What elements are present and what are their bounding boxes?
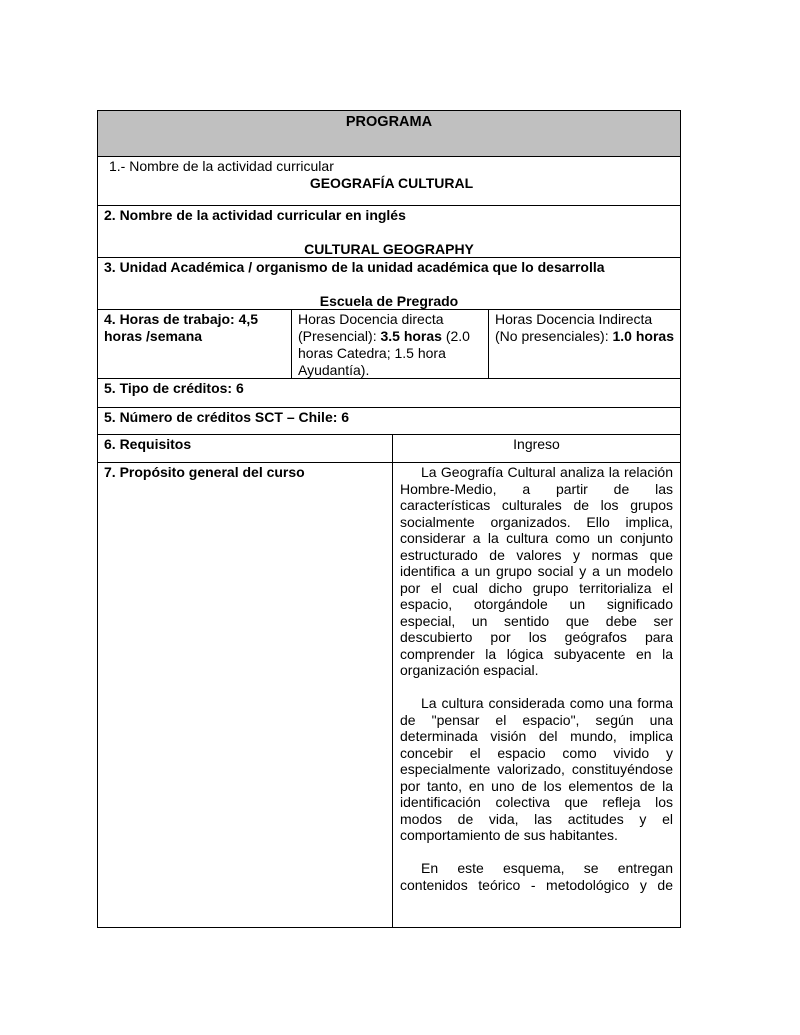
english-name-label: 2. Nombre de la actividad curricular en … [104,207,674,224]
sct-credits-label: 5. Número de créditos SCT – Chile: 6 [98,408,680,434]
sct-credits-row: 5. Número de créditos SCT – Chile: 6 [98,408,680,435]
academic-unit-cell: 3. Unidad Académica / organismo de la un… [98,258,680,309]
english-name-cell: 2. Nombre de la actividad curricular en … [98,206,680,257]
requirements-row: 6. Requisitos Ingreso [98,435,680,463]
credit-type-row: 5. Tipo de créditos: 6 [98,379,680,408]
purpose-paragraph: En este esquema, se entregan contenidos … [400,860,673,893]
course-purpose-row: 7. Propósito general del curso La Geogra… [98,463,680,927]
course-purpose-label: 7. Propósito general del curso [98,463,392,927]
english-name-value: CULTURAL GEOGRAPHY [104,241,674,258]
credit-type-label: 5. Tipo de créditos: 6 [98,379,680,407]
indirect-hours-cell: Horas Docencia Indirecta (No presenciale… [488,310,680,378]
direct-hours-cell: Horas Docencia directa (Presencial): 3.5… [291,310,488,378]
program-title: PROGRAMA [98,111,680,156]
academic-unit-label: 3. Unidad Académica / organismo de la un… [104,259,674,276]
activity-name-cell: 1.- Nombre de la actividad curricular GE… [98,157,680,205]
purpose-paragraph: La Geografía Cultural analiza la relació… [400,464,673,679]
program-table: PROGRAMA 1.- Nombre de la actividad curr… [97,110,681,928]
work-hours-row: 4. Horas de trabajo: 4,5 horas /semana H… [98,310,680,379]
academic-unit-row: 3. Unidad Académica / organismo de la un… [98,258,680,310]
requirements-value: Ingreso [392,435,680,462]
course-purpose-text: La Geografía Cultural analiza la relació… [392,463,680,927]
indirect-hours-value: 1.0 horas [613,328,674,344]
requirements-label: 6. Requisitos [98,435,392,462]
activity-name-label: 1.- Nombre de la actividad curricular [109,158,674,175]
direct-hours-value: 3.5 horas [380,328,441,344]
program-header-row: PROGRAMA [98,111,680,157]
activity-name-row: 1.- Nombre de la actividad curricular GE… [98,157,680,206]
purpose-paragraph: La cultura considerada como una forma de… [400,695,673,844]
english-name-row: 2. Nombre de la actividad curricular en … [98,206,680,258]
academic-unit-value: Escuela de Pregrado [104,293,674,310]
activity-name-value: GEOGRAFÍA CULTURAL [109,175,674,192]
work-hours-label: 4. Horas de trabajo: 4,5 horas /semana [98,310,291,378]
